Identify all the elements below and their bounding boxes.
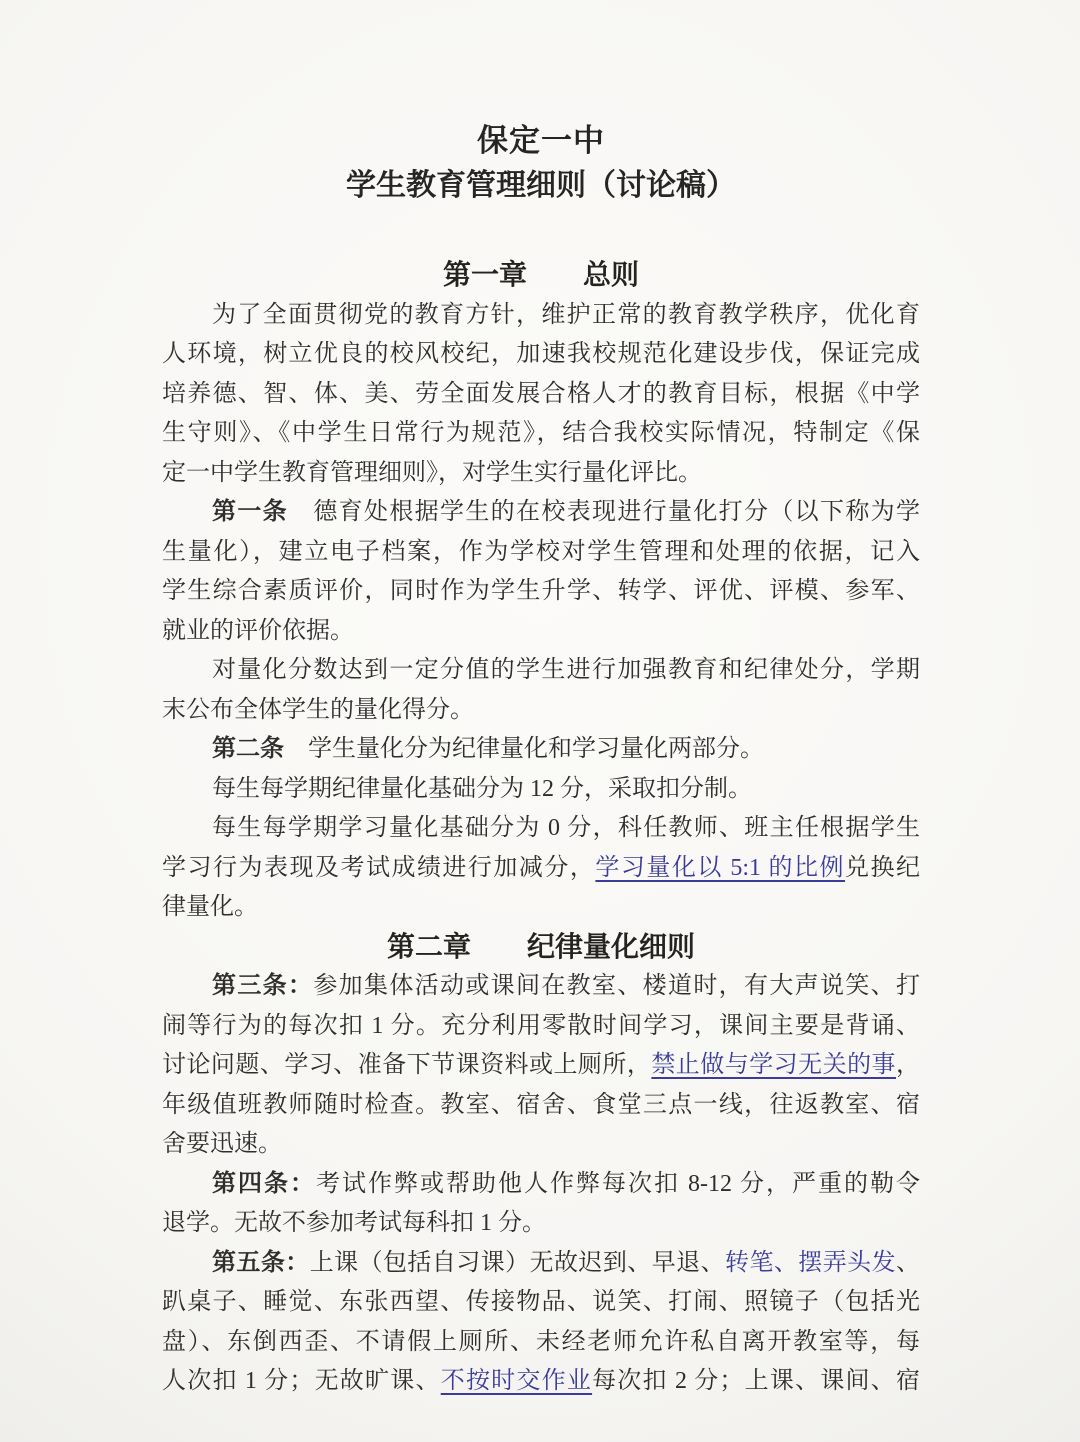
text-line: 生量化），建立电子档案，作为学校对学生管理和处理的依据，记入 xyxy=(162,533,920,573)
chapter-heading: 第二章 纪律量化细则 xyxy=(162,928,920,968)
text-segment: 就业的评价依据。 xyxy=(162,618,354,644)
text-segment: 趴桌子、睡觉、东张西望、传接物品、说笑、打闹、照镜子（包括光 xyxy=(162,1289,920,1315)
text-segment: 人环境，树立优良的校风校纪，加速我校规范化建设步伐，保证完成 xyxy=(162,341,920,367)
text-line: 就业的评价依据。 xyxy=(162,612,920,652)
text-line: 第二条 学生量化分为纪律量化和学习量化两部分。 xyxy=(162,730,920,770)
text-segment: 第二章 纪律量化细则 xyxy=(387,932,695,963)
text-line: 第五条：上课（包括自习课）无故迟到、早退、转笔、摆弄头发、 xyxy=(162,1244,920,1284)
title-gap xyxy=(162,208,920,256)
text-segment: 每生每学期学习量化基础分为 0 分，科任教师、班主任根据学生 xyxy=(212,815,920,841)
text-segment: 第五条： xyxy=(212,1250,310,1276)
text-segment: 律量化。 xyxy=(162,894,258,920)
text-segment: 对量化分数达到一定分值的学生进行加强教育和纪律处分，学期 xyxy=(212,657,920,683)
text-segment: 第二条 xyxy=(212,736,284,762)
text-line: 退学。无故不参加考试每科扣 1 分。 xyxy=(162,1204,920,1244)
text-segment: 学生量化分为纪律量化和学习量化两部分。 xyxy=(284,736,764,762)
text-line: 第三条：参加集体活动或课间在教室、楼道时，有大声说笑、打 xyxy=(162,967,920,1007)
text-segment: 末公布全体学生的量化得分。 xyxy=(162,697,474,723)
text-segment: 学生综合素质评价，同时作为学生升学、转学、评优、评模、参军、 xyxy=(162,578,920,604)
text-segment: ， xyxy=(896,1052,920,1078)
text-line: 每生每学期学习量化基础分为 0 分，科任教师、班主任根据学生 xyxy=(162,809,920,849)
text-segment: 年级值班教师随时检查。教室、宿舍、食堂三点一线，往返教室、宿 xyxy=(162,1092,920,1118)
text-line: 盘）、东倒西歪、不请假上厕所、未经老师允许私自离开教室等，每 xyxy=(162,1323,920,1363)
text-line: 律量化。 xyxy=(162,888,920,928)
text-segment: 、 xyxy=(896,1250,920,1276)
text-line: 第一条 德育处根据学生的在校表现进行量化打分（以下称为学 xyxy=(162,493,920,533)
text-segment: 第三条： xyxy=(212,973,313,999)
text-line: 每生每学期纪律量化基础分为 12 分，采取扣分制。 xyxy=(162,770,920,810)
text-segment: 人次扣 1 分；无故旷课、 xyxy=(162,1368,441,1394)
text-segment: 每生每学期纪律量化基础分为 12 分，采取扣分制。 xyxy=(212,776,752,802)
text-segment: 退学。无故不参加考试每科扣 1 分。 xyxy=(162,1210,546,1236)
school-name: 保定一中 xyxy=(162,118,920,163)
text-line: 生守则》、《中学生日常行为规范》，结合我校实际情况，特制定《保 xyxy=(162,414,920,454)
document-content: 保定一中 学生教育管理细则（讨论稿） 第一章 总则为了全面贯彻党的教育方针，维护… xyxy=(162,118,920,1402)
text-line: 人次扣 1 分；无故旷课、不按时交作业每次扣 2 分；上课、课间、宿 xyxy=(162,1362,920,1402)
text-segment: 德育处根据学生的在校表现进行量化打分（以下称为学 xyxy=(288,499,920,525)
text-line: 学生综合素质评价，同时作为学生升学、转学、评优、评模、参军、 xyxy=(162,572,920,612)
text-segment: 第一章 总则 xyxy=(443,260,639,291)
text-line: 讨论问题、学习、准备下节课资料或上厕所，禁止做与学习无关的事， xyxy=(162,1046,920,1086)
text-segment: 第一条 xyxy=(212,499,288,525)
text-segment: 闹等行为的每次扣 1 分。充分利用零散时间学习，课间主要是背诵、 xyxy=(162,1013,920,1039)
text-segment: 第四条： xyxy=(212,1171,316,1197)
text-segment: 生量化），建立电子档案，作为学校对学生管理和处理的依据，记入 xyxy=(162,539,920,565)
highlighted-text: 转笔、摆弄头发 xyxy=(725,1250,896,1276)
text-line: 培养德、智、体、美、劳全面发展合格人才的教育目标，根据《中学 xyxy=(162,375,920,415)
document-lines: 第一章 总则为了全面贯彻党的教育方针，维护正常的教育教学秩序，优化育人环境，树立… xyxy=(162,256,920,1402)
text-line: 为了全面贯彻党的教育方针，维护正常的教育教学秩序，优化育 xyxy=(162,296,920,336)
text-line: 对量化分数达到一定分值的学生进行加强教育和纪律处分，学期 xyxy=(162,651,920,691)
text-line: 学习行为表现及考试成绩进行加减分，学习量化以 5:1 的比例兑换纪 xyxy=(162,849,920,889)
text-segment: 兑换纪 xyxy=(845,855,920,881)
text-line: 舍要迅速。 xyxy=(162,1125,920,1165)
chapter-heading: 第一章 总则 xyxy=(162,256,920,296)
text-segment: 参加集体活动或课间在教室、楼道时，有大声说笑、打 xyxy=(313,973,920,999)
document-page: 保定一中 学生教育管理细则（讨论稿） 第一章 总则为了全面贯彻党的教育方针，维护… xyxy=(0,0,1080,1442)
highlighted-text: 学习量化以 5:1 的比例 xyxy=(595,855,845,881)
text-segment: 每次扣 2 分；上课、课间、宿 xyxy=(592,1368,920,1394)
text-segment: 生守则》、《中学生日常行为规范》，结合我校实际情况，特制定《保 xyxy=(162,420,920,446)
text-line: 人环境，树立优良的校风校纪，加速我校规范化建设步伐，保证完成 xyxy=(162,335,920,375)
highlighted-text: 不按时交作业 xyxy=(441,1368,592,1394)
text-segment: 考试作弊或帮助他人作弊每次扣 8-12 分，严重的勒令 xyxy=(316,1171,920,1197)
text-segment: 定一中学生教育管理细则》，对学生实行量化评比。 xyxy=(162,460,702,486)
text-segment: 舍要迅速。 xyxy=(162,1131,282,1157)
text-line: 定一中学生教育管理细则》，对学生实行量化评比。 xyxy=(162,454,920,494)
text-segment: 上课（包括自习课）无故迟到、早退、 xyxy=(310,1250,725,1276)
highlighted-text: 禁止做与学习无关的事 xyxy=(651,1052,896,1078)
document-title: 学生教育管理细则（讨论稿） xyxy=(162,163,920,208)
text-line: 闹等行为的每次扣 1 分。充分利用零散时间学习，课间主要是背诵、 xyxy=(162,1007,920,1047)
text-segment: 学习行为表现及考试成绩进行加减分， xyxy=(162,855,595,881)
text-line: 第四条：考试作弊或帮助他人作弊每次扣 8-12 分，严重的勒令 xyxy=(162,1165,920,1205)
text-line: 年级值班教师随时检查。教室、宿舍、食堂三点一线，往返教室、宿 xyxy=(162,1086,920,1126)
text-segment: 讨论问题、学习、准备下节课资料或上厕所， xyxy=(162,1052,651,1078)
text-segment: 为了全面贯彻党的教育方针，维护正常的教育教学秩序，优化育 xyxy=(212,302,920,328)
text-segment: 盘）、东倒西歪、不请假上厕所、未经老师允许私自离开教室等，每 xyxy=(162,1329,920,1355)
text-segment: 培养德、智、体、美、劳全面发展合格人才的教育目标，根据《中学 xyxy=(162,381,920,407)
text-line: 末公布全体学生的量化得分。 xyxy=(162,691,920,731)
text-line: 趴桌子、睡觉、东张西望、传接物品、说笑、打闹、照镜子（包括光 xyxy=(162,1283,920,1323)
